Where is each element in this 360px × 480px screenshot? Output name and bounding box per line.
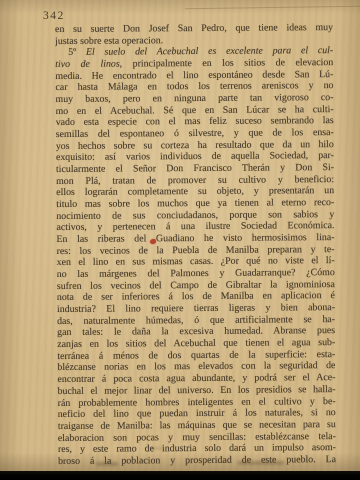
paper-smudge [238,461,284,465]
italic-text-segment: El suelo del Acebuchal es excelente para… [86,45,333,58]
text-line: en su suerte Don Josef San Pedro, que ti… [55,22,333,36]
text-segment: en su suerte Don Josef San Pedro, que ti… [55,22,333,35]
photo-bottom-edge [0,471,360,480]
text-block: en su suerte Don Josef San Pedro, que ti… [55,22,336,467]
text-segment: , principalmente en los sitios de elevac… [120,57,334,69]
italic-text-segment: tivo de linos [55,59,119,70]
paper-smudge [150,447,164,450]
page-number: 342 [43,10,65,22]
text-segment: justas sobre esta operacion. [55,35,163,47]
text-segment: 5º [68,47,86,58]
book-page-scan: 342 en su suerte Don Josef San Pedro, qu… [0,0,360,480]
paper-smudge [96,462,118,466]
